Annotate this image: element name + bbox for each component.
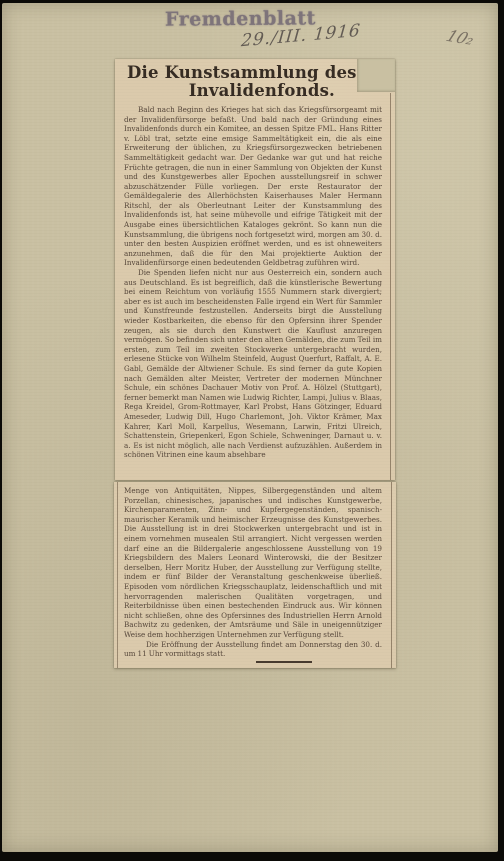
column-rule-right xyxy=(390,93,391,480)
article-paragraph-2: Die Spenden liefen nicht nur aus Oesterr… xyxy=(124,268,382,460)
article-paragraph-1: Bald nach Beginn des Krieges hat sich da… xyxy=(124,105,382,268)
page-number-annotation: 10₂ xyxy=(443,26,477,48)
clipping-2: Menge von Antiquitäten, Nippes, Silberge… xyxy=(114,482,396,668)
article-paragraph-4: Die Eröffnung der Ausstellung findet am … xyxy=(124,640,382,659)
article-headline: Die Kunstsammlung des Invalidenfonds. xyxy=(127,64,381,101)
article-paragraph-3: Menge von Antiquitäten, Nippes, Silberge… xyxy=(124,486,382,640)
clipping-1: Die Kunstsammlung des Invalidenfonds. Ba… xyxy=(115,59,395,480)
column-rule-left xyxy=(117,482,118,668)
headline-line-2: Invalidenfonds. xyxy=(127,82,381,100)
headline-line-1: Die Kunstsammlung des xyxy=(127,64,381,82)
backing-paper: Fremdenblatt 29./III. 1916 10₂ Die Kunst… xyxy=(2,3,498,852)
column-rule-right xyxy=(391,482,392,668)
article-end-rule xyxy=(256,661,312,663)
